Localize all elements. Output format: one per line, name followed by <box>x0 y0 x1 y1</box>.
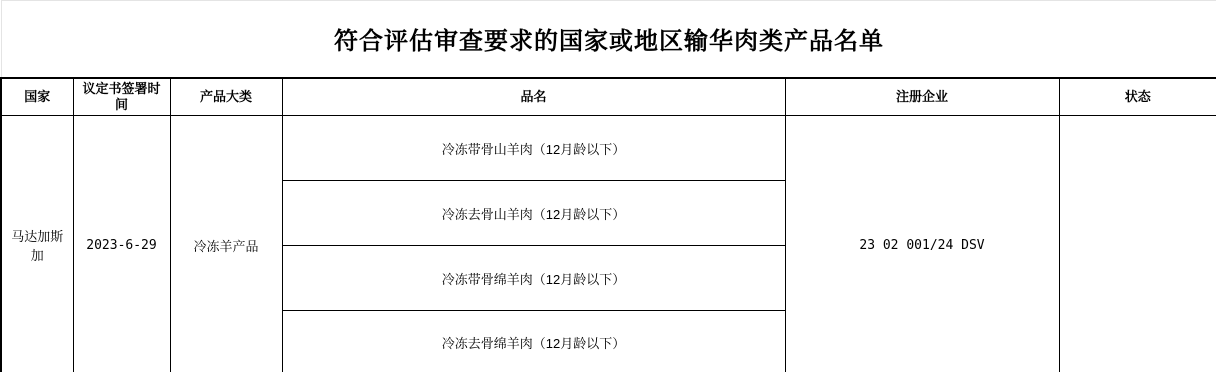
cell-product-name: 冷冻带骨绵羊肉（12月龄以下） <box>282 246 785 311</box>
header-cell-product-category: 产品大类 <box>170 78 282 116</box>
title-row: 符合评估审查要求的国家或地区输华肉类产品名单 <box>1 1 1216 78</box>
cell-registered-enterprise: 23 02 001/24 DSV <box>785 116 1059 372</box>
cell-product-category: 冷冻羊产品 <box>170 116 282 372</box>
header-cell-protocol-sign-time: 议定书签署时间 <box>73 78 170 116</box>
header-cell-country: 国家 <box>1 78 73 116</box>
cell-country: 马达加斯加 <box>1 116 73 372</box>
page-title: 符合评估审查要求的国家或地区输华肉类产品名单 <box>1 1 1216 78</box>
page: 符合评估审查要求的国家或地区输华肉类产品名单 国家 议定书签署时间 产品大类 品… <box>0 0 1216 372</box>
table-row: 马达加斯加 2023-6-29 冷冻羊产品 冷冻带骨山羊肉（12月龄以下） 23… <box>1 116 1216 181</box>
table-header-row: 国家 议定书签署时间 产品大类 品名 注册企业 状态 <box>1 78 1216 116</box>
header-cell-registered-enterprise: 注册企业 <box>785 78 1059 116</box>
meat-products-table: 符合评估审查要求的国家或地区输华肉类产品名单 国家 议定书签署时间 产品大类 品… <box>0 0 1216 372</box>
cell-product-name: 冷冻去骨绵羊肉（12月龄以下） <box>282 311 785 372</box>
cell-product-name: 冷冻带骨山羊肉（12月龄以下） <box>282 116 785 181</box>
header-cell-product-name: 品名 <box>282 78 785 116</box>
cell-product-name: 冷冻去骨山羊肉（12月龄以下） <box>282 181 785 246</box>
cell-protocol-sign-time: 2023-6-29 <box>73 116 170 372</box>
header-cell-status: 状态 <box>1059 78 1216 116</box>
cell-status <box>1059 116 1216 372</box>
